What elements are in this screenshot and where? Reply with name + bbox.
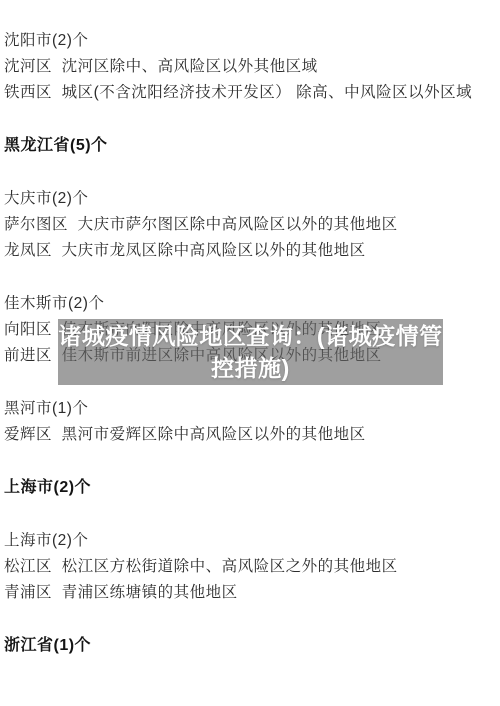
district-line: 萨尔图区 大庆市萨尔图区除中高风险区以外的其他地区	[4, 212, 490, 238]
city-group-shenyang: 沈阳市(2)个 沈河区 沈河区除中、高风险区以外其他区域 铁西区 城区(不含沈阳…	[4, 28, 490, 106]
city-count-line: 佳木斯市(2)个	[4, 291, 490, 317]
district-line: 铁西区 城区(不含沈阳经济技术开发区） 除高、中风险区以外区域	[4, 80, 490, 106]
city-count-line: 黑河市(1)个	[4, 396, 490, 422]
city-group-shanghai: 上海市(2)个 松江区 松江区方松街道除中、高风险区之外的其他地区 青浦区 青浦…	[4, 528, 490, 606]
watermark-overlay: 诸城疫情风险地区查询：(诸城疫情管 控措施)	[58, 319, 443, 385]
province-header: 浙江省(1)个	[4, 633, 490, 659]
province-header: 黑龙江省(5)个	[4, 133, 490, 159]
province-header-shanghai: 上海市(2)个	[4, 475, 490, 501]
watermark-title-line2: 控措施)	[211, 352, 290, 384]
district-line: 龙凤区 大庆市龙凤区除中高风险区以外的其他地区	[4, 238, 490, 264]
province-header: 上海市(2)个	[4, 475, 490, 501]
district-line: 爱辉区 黑河市爱辉区除中高风险区以外的其他地区	[4, 422, 490, 448]
city-count-line: 上海市(2)个	[4, 528, 490, 554]
district-line: 松江区 松江区方松街道除中、高风险区之外的其他地区	[4, 554, 490, 580]
city-group-heihe: 黑河市(1)个 爱辉区 黑河市爱辉区除中高风险区以外的其他地区	[4, 396, 490, 448]
city-count-line: 沈阳市(2)个	[4, 28, 490, 54]
province-header-heilongjiang: 黑龙江省(5)个	[4, 133, 490, 159]
city-group-daqing: 大庆市(2)个 萨尔图区 大庆市萨尔图区除中高风险区以外的其他地区 龙凤区 大庆…	[4, 186, 490, 264]
city-count-line: 大庆市(2)个	[4, 186, 490, 212]
district-line: 沈河区 沈河区除中、高风险区以外其他区域	[4, 54, 490, 80]
risk-area-page: 沈阳市(2)个 沈河区 沈河区除中、高风险区以外其他区域 铁西区 城区(不含沈阳…	[0, 0, 500, 706]
district-line: 青浦区 青浦区练塘镇的其他地区	[4, 580, 490, 606]
province-header-zhejiang: 浙江省(1)个	[4, 633, 490, 659]
watermark-title-line1: 诸城疫情风险地区查询：(诸城疫情管	[58, 320, 442, 352]
